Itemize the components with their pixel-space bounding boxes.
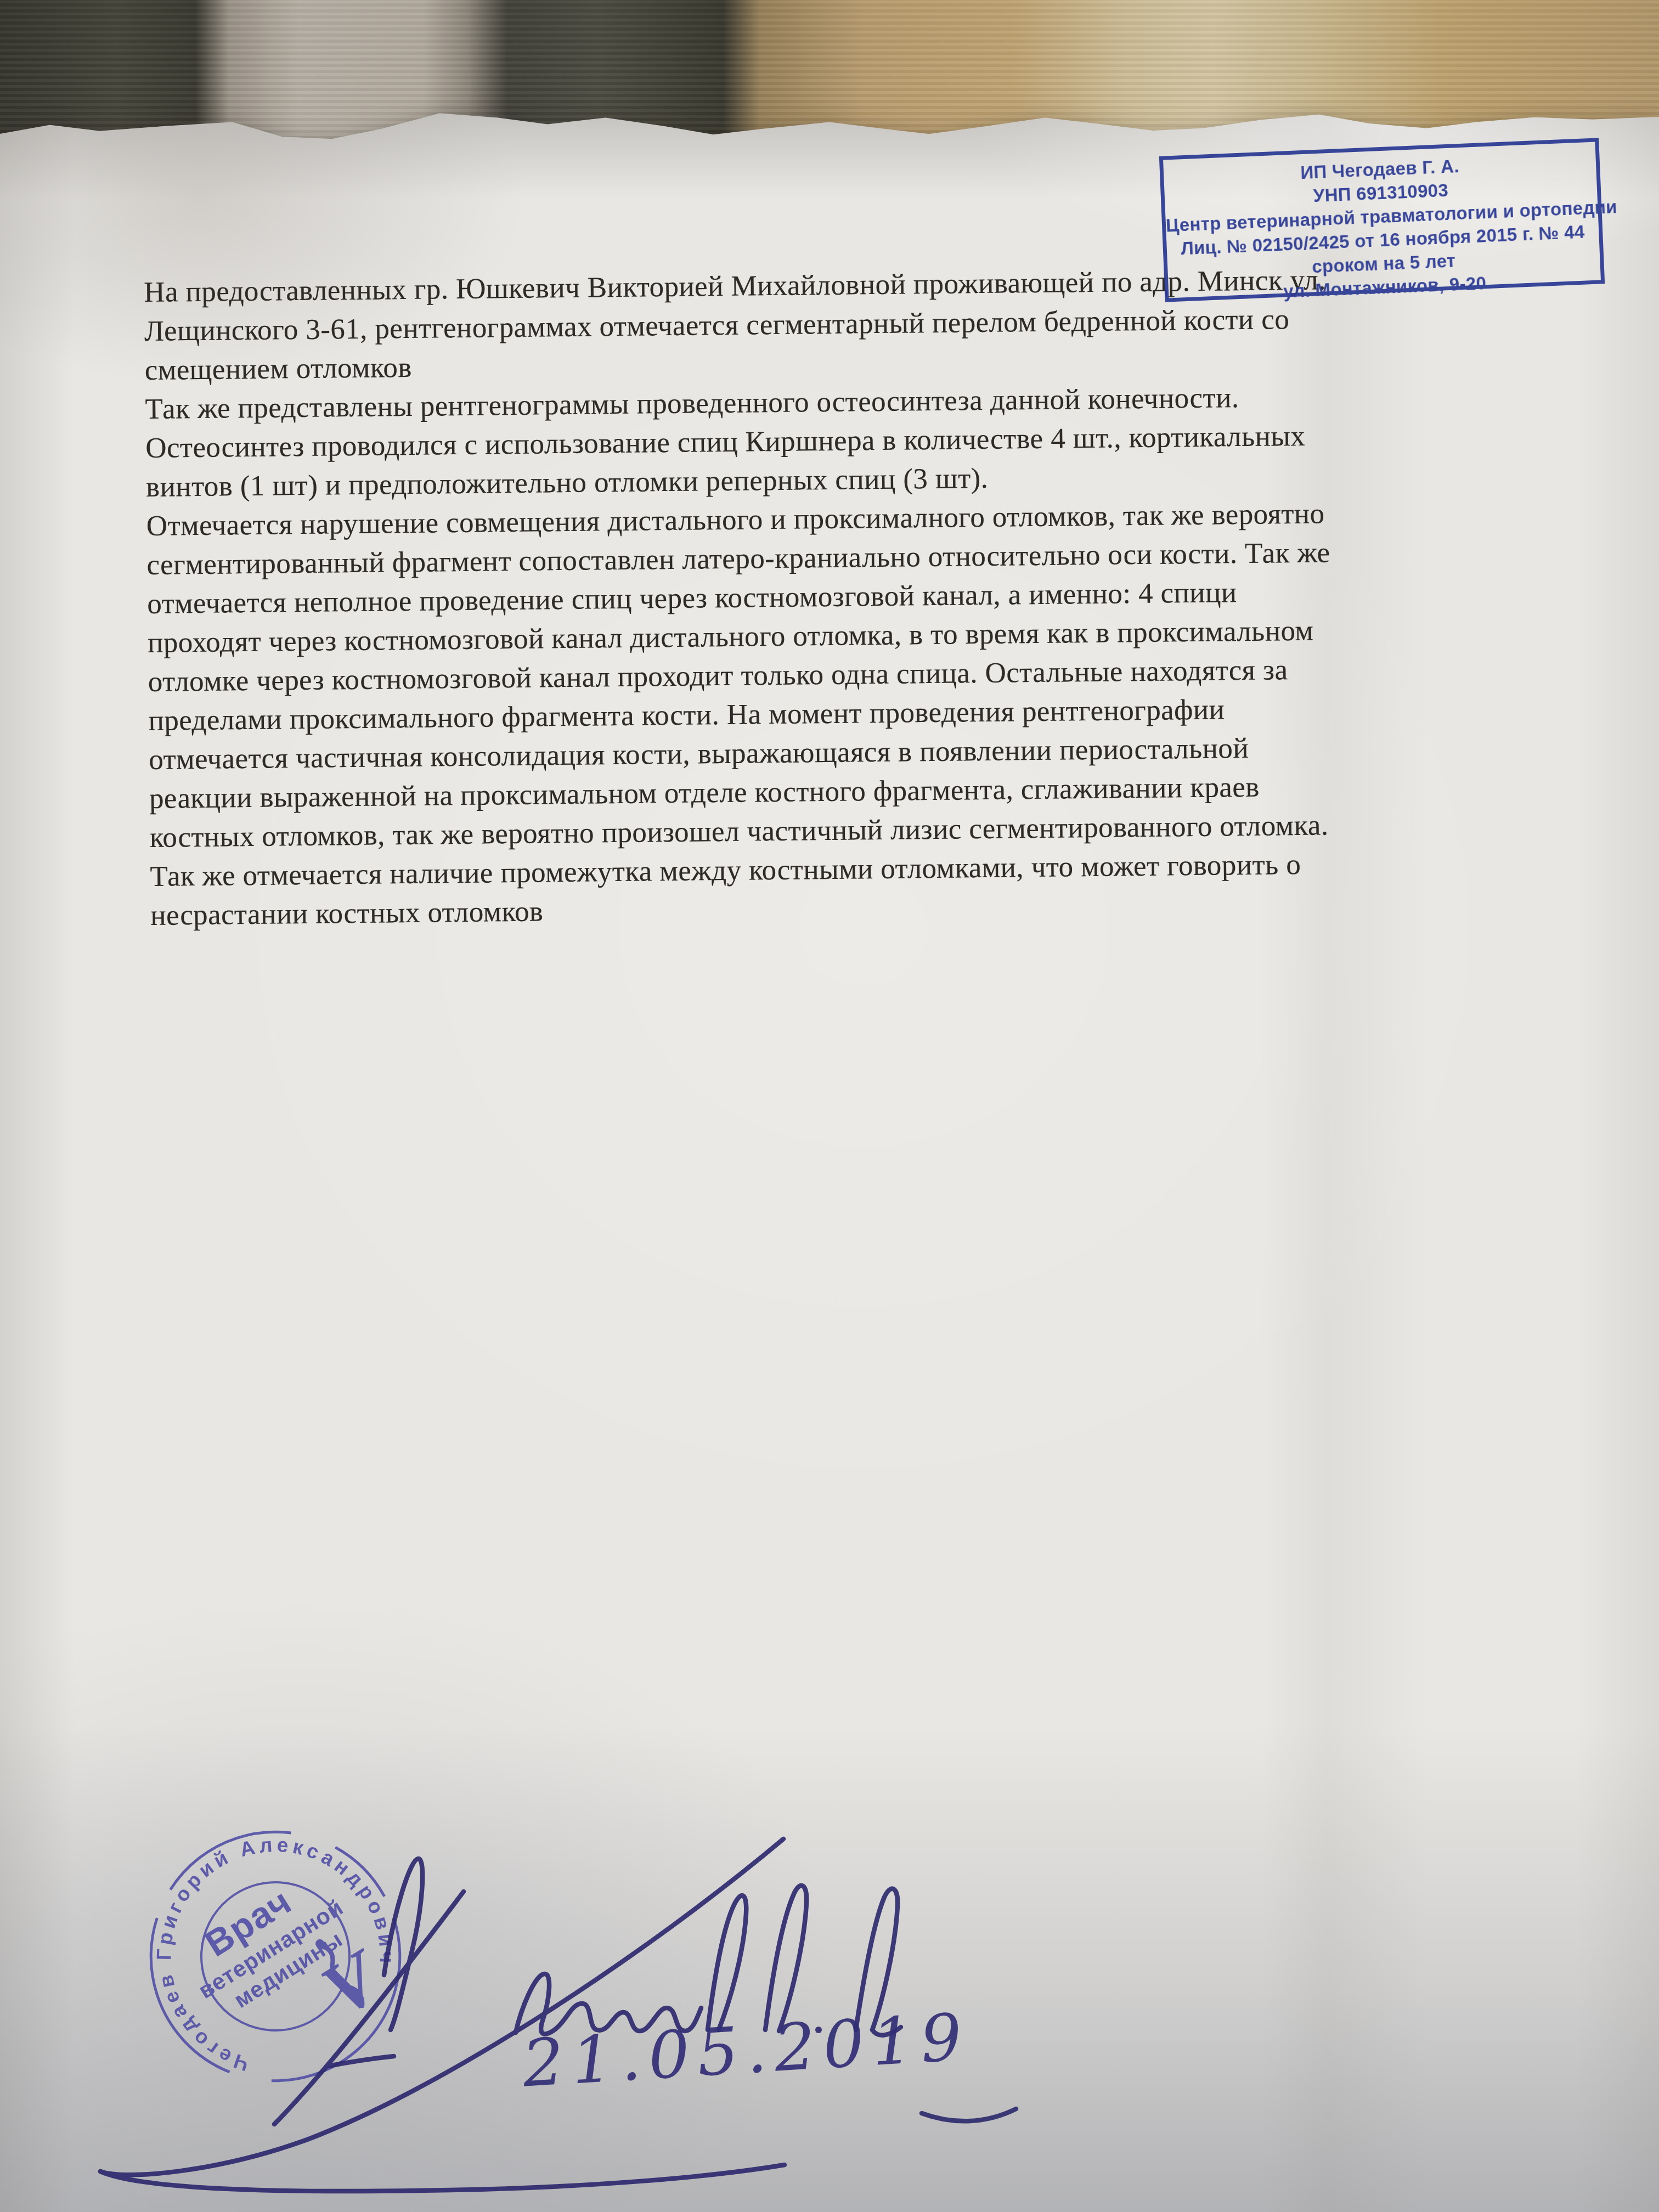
signature-scrawl bbox=[0, 0, 1659, 2212]
photo-of-document: На предоставленных гр. Юшкевич Викторией… bbox=[0, 0, 1659, 2212]
